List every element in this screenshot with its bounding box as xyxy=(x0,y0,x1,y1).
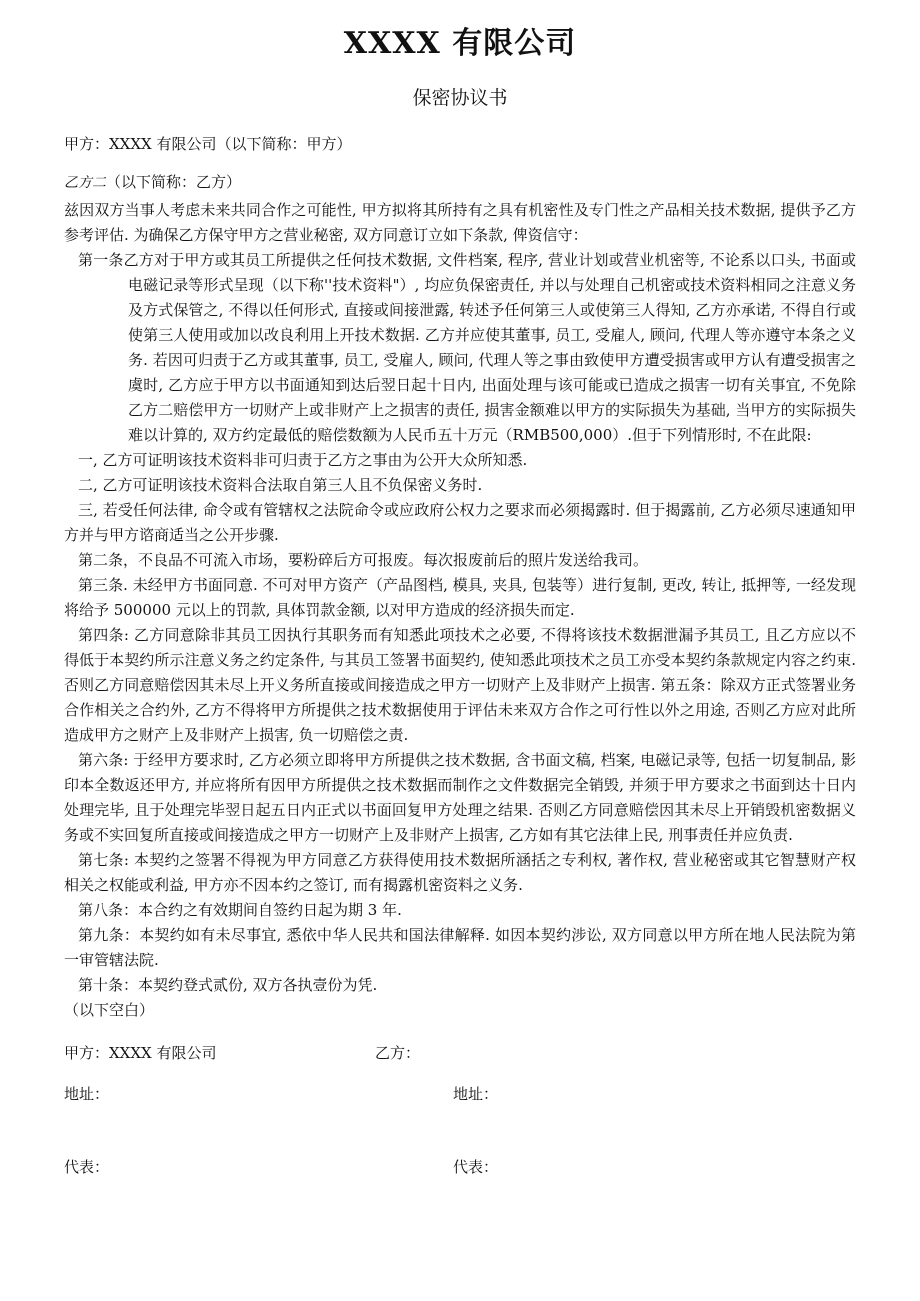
blank-below-note: （以下空白） xyxy=(64,998,856,1023)
clause-1: 第一条乙方对于甲方或其员工所提供之任何技术数据, 文件档案, 程序, 营业计划或… xyxy=(64,248,856,448)
party-b-abbrev: （以下简称：乙方） xyxy=(106,173,241,191)
clause-8: 第八条：本合约之有效期间自签约日起为期 3 年. xyxy=(64,898,856,923)
signature-representative-row: 代表：代表： xyxy=(64,1155,856,1180)
clause-3: 第三条. 未经甲方书面同意. 不可对甲方资产（产品图档, 模具, 夹具, 包装等… xyxy=(64,573,856,623)
party-b-representative-label: 代表： xyxy=(453,1158,498,1176)
clause-6: 第六条: 于经甲方要求时, 乙方必须立即将甲方所提供之技术数据, 含书面文稿, … xyxy=(64,748,856,848)
exception-1: 一, 乙方可证明该技术资料非可归责于乙方之事由为公开大众所知悉. xyxy=(64,448,856,473)
clause-4-5: 第四条: 乙方同意除非其员工因执行其职务而有知悉此项技术之必要, 不得将该技术数… xyxy=(64,623,856,748)
party-b-name: 乙方二 xyxy=(64,175,106,191)
clause-10: 第十条：本契约登式贰份, 双方各执壹份为凭. xyxy=(64,973,856,998)
signature-block: 甲方：XXXX 有限公司乙方： 地址：地址： 代表：代表： xyxy=(64,1041,856,1180)
intro-paragraph: 兹因双方当事人考虑未来共同合作之可能性, 甲方拟将其所持有之具有机密性及专门性之… xyxy=(64,198,856,248)
party-b-line: 乙方二（以下简称：乙方） xyxy=(64,170,856,196)
party-b-address-label: 地址： xyxy=(453,1085,498,1103)
document-page: XXXX 有限公司 保密协议书 甲方：XXXX 有限公司（以下简称：甲方） 乙方… xyxy=(64,26,856,1180)
clause-9: 第九条：本契约如有未尽事宜, 悉依中华人民共和国法律解释. 如因本契约涉讼, 双… xyxy=(64,923,856,973)
party-a-line: 甲方：XXXX 有限公司（以下简称：甲方） xyxy=(64,132,856,157)
clause-2: 第二条，不良品不可流入市场，要粉碎后方可报废。每次报废前后的照片发送给我司。 xyxy=(64,548,856,573)
clause-7: 第七条: 本契约之签署不得视为甲方同意乙方获得使用技术数据所涵括之专利权, 著作… xyxy=(64,848,856,898)
agreement-body: 兹因双方当事人考虑未来共同合作之可能性, 甲方拟将其所持有之具有机密性及专门性之… xyxy=(64,198,856,1023)
document-title: 保密协议书 xyxy=(64,86,856,110)
party-b-signature-label: 乙方： xyxy=(375,1044,420,1062)
signature-parties-row: 甲方：XXXX 有限公司乙方： xyxy=(64,1041,856,1066)
exception-2: 二, 乙方可证明该技术资料合法取自第三人且不负保密义务时. xyxy=(64,473,856,498)
party-a-representative-label: 代表： xyxy=(64,1155,453,1180)
party-a-signature-label: 甲方：XXXX 有限公司 xyxy=(64,1041,375,1066)
signature-address-row: 地址：地址： xyxy=(64,1082,856,1107)
party-a-address-label: 地址： xyxy=(64,1082,453,1107)
company-title: XXXX 有限公司 xyxy=(64,26,856,62)
exception-3: 三, 若受任何法律, 命令或有管辖权之法院命令或应政府公权力之要求而必须揭露时.… xyxy=(64,498,856,548)
